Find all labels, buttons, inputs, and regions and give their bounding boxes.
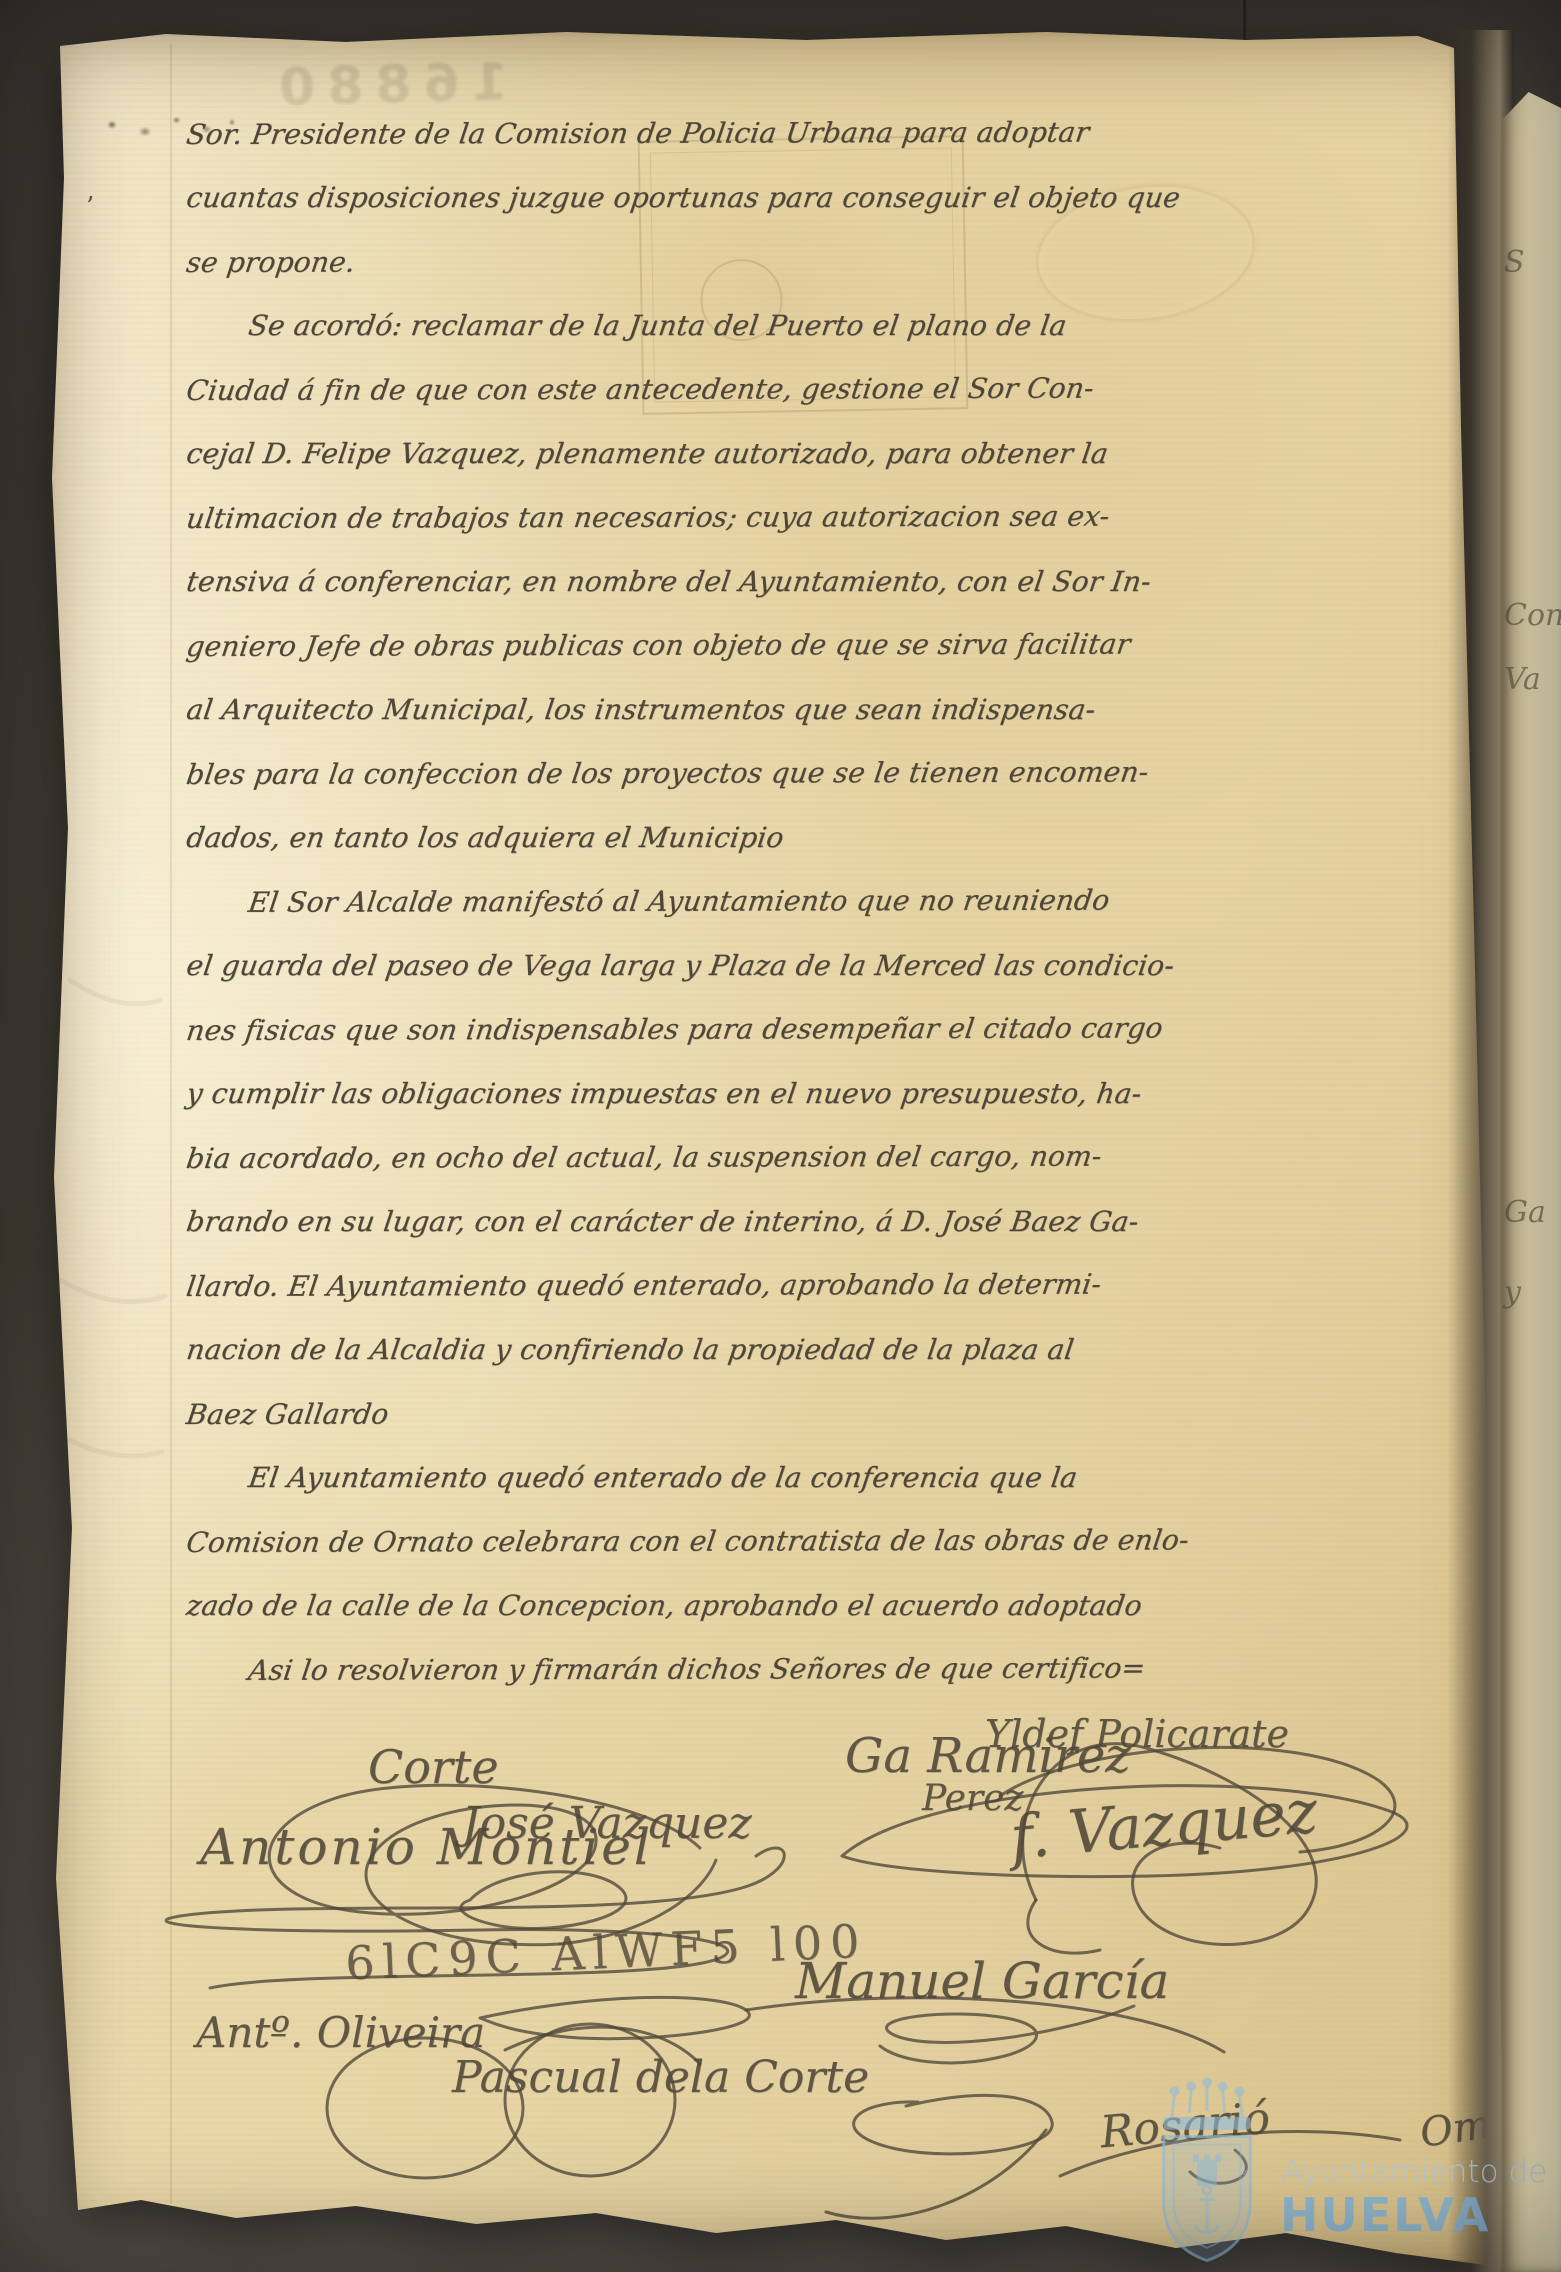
- sliver-text-fragment: y: [1504, 1275, 1521, 1310]
- manuscript-line: bles para la confeccion de los proyectos…: [182, 741, 1071, 807]
- manuscript-line: tensiva á conferenciar, en nombre del Ay…: [182, 550, 1071, 614]
- margin-crease-line: [170, 44, 172, 2204]
- sliver-text-fragment: S: [1504, 245, 1525, 280]
- manuscript-text: Sor. Presidente de la Comision de Polici…: [184, 102, 1064, 1702]
- manuscript-line: nacion de la Alcaldia y confiriendo la p…: [182, 1318, 1071, 1382]
- manuscript-line: Ciudad á fin de que con este antecedente…: [182, 357, 1071, 423]
- manuscript-line: ultimacion de trabajos tan necesarios; c…: [182, 485, 1071, 551]
- manuscript-line: El Ayuntamiento quedó enterado de la con…: [182, 1446, 1071, 1510]
- signature-corte: Corte: [368, 1740, 499, 1794]
- stray-ink-mark: ’: [86, 192, 94, 222]
- manuscript-line: Sor. Presidente de la Comision de Polici…: [182, 101, 1071, 167]
- manuscript-line: y cumplir las obligaciones impuestas en …: [182, 1062, 1071, 1126]
- signature-policarpo: Yldef Policarate: [985, 1712, 1289, 1756]
- watermark-motto-right: STODIA: [1240, 2170, 1249, 2206]
- sliver-text-fragment: Con: [1504, 598, 1561, 633]
- manuscript-line: El Sor Alcalde manifestó al Ayuntamiento…: [182, 869, 1071, 935]
- manuscript-line: nes fisicas que son indispensables para …: [182, 997, 1071, 1063]
- signature-jose-vazquez: José Vazquez: [462, 1798, 752, 1849]
- signature-pascual-dela-corte: Pascual dela Corte: [452, 2052, 869, 2103]
- manuscript-line: dados, en tanto los adquiera el Municipi…: [182, 806, 1071, 870]
- manuscript-line: bia acordado, en ocho del actual, la sus…: [182, 1125, 1071, 1191]
- manuscript-line: cejal D. Felipe Vazquez, plenamente auto…: [182, 422, 1071, 486]
- watermark-motto-left: PORTUS: [1166, 2172, 1175, 2210]
- manuscript-line: brando en su lugar, con el carácter de i…: [182, 1190, 1071, 1254]
- manuscript-line: Se acordó: reclamar de la Junta del Puer…: [182, 294, 1071, 358]
- next-page-sliver: S Con Va Ga y: [1502, 0, 1561, 2272]
- watermark-line2: HUELVA: [1280, 2188, 1490, 2242]
- manuscript-line: el guarda del paseo de Vega larga y Plaz…: [182, 934, 1071, 998]
- scanned-manuscript-photo: 16880 ’ Sor. Presidente de la Comision d…: [0, 0, 1561, 2272]
- watermark-line1: Ayuntamiento de: [1282, 2154, 1547, 2190]
- manuscript-line: Comision de Ornato celebrara con el cont…: [182, 1509, 1071, 1575]
- manuscript-line: se propone.: [182, 229, 1071, 295]
- manuscript-line: Asi lo resolvieron y firmarán dichos Señ…: [182, 1637, 1071, 1703]
- sliver-text-fragment: Ga: [1504, 1195, 1546, 1230]
- signature-antonio-oliveira: Antº. Oliveira: [196, 2008, 485, 2057]
- manuscript-line: Baez Gallardo: [182, 1381, 1071, 1447]
- sliver-text-fragment: Va: [1504, 662, 1541, 697]
- watermark: PORTUS STODIA Ayuntamiento de HUELVA: [1148, 2076, 1548, 2272]
- manuscript-line: al Arquitecto Municipal, los instrumento…: [182, 678, 1071, 742]
- manuscript-line: llardo. El Ayuntamiento quedó enterado, …: [182, 1253, 1071, 1319]
- manuscript-line: geniero Jefe de obras publicas con objet…: [182, 613, 1071, 679]
- signature-manuel-garcia: Manuel García: [795, 1952, 1169, 2010]
- manuscript-line: cuantas disposiciones juzgue oportunas p…: [182, 166, 1071, 230]
- manuscript-line: zado de la calle de la Concepcion, aprob…: [182, 1574, 1071, 1638]
